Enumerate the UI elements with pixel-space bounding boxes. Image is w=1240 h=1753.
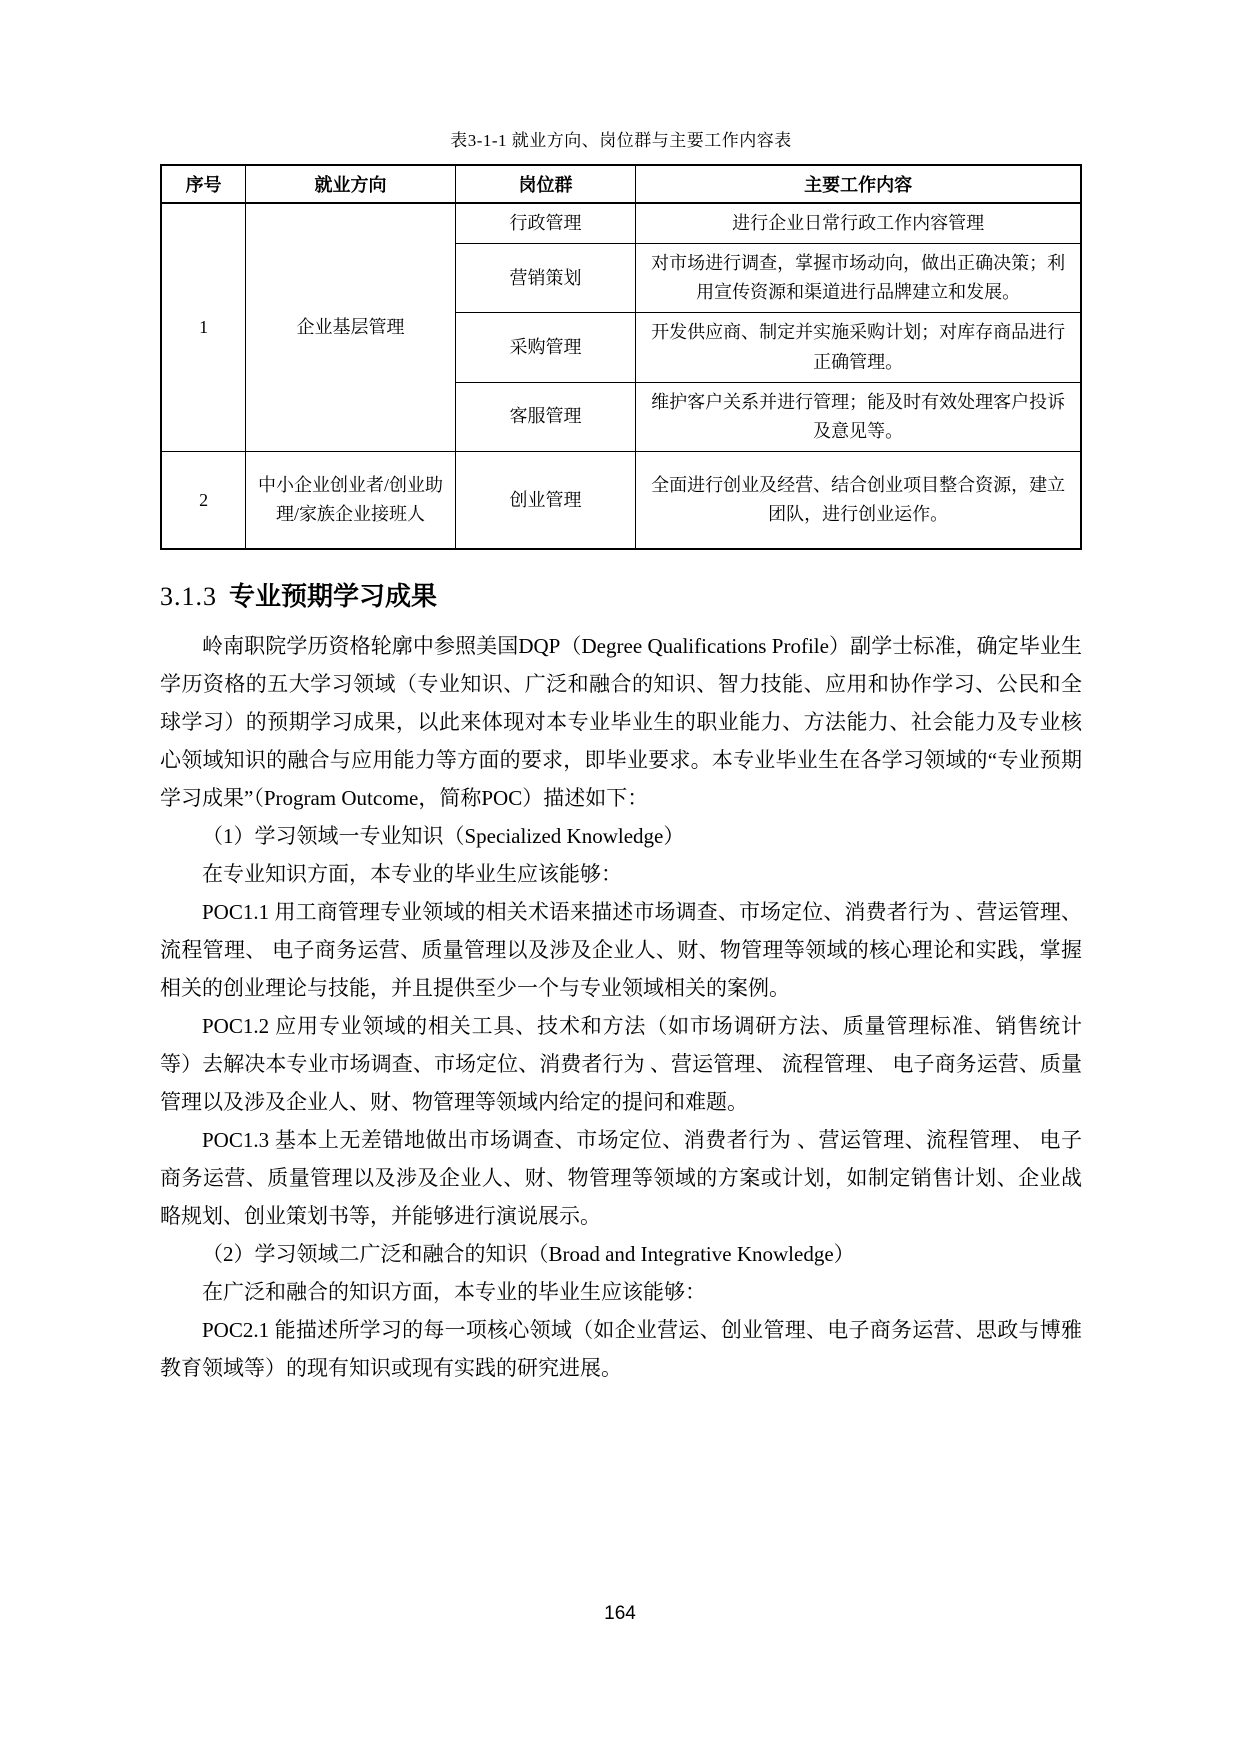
- cell-post: 采购管理: [455, 313, 635, 382]
- paragraph-intro: 岭南职院学历资格轮廓中参照美国DQP（Degree Qualifications…: [160, 627, 1082, 817]
- cell-post: 营销策划: [455, 244, 635, 313]
- cell-content: 开发供应商、制定并实施采购计划；对库存商品进行正确管理。: [636, 313, 1081, 382]
- document-page: 表3-1-1 就业方向、岗位群与主要工作内容表 序号 就业方向 岗位群 主要工作…: [0, 0, 1240, 1753]
- col-header-post-group: 岗位群: [455, 165, 635, 203]
- cell-index-1: 1: [161, 203, 246, 452]
- cell-post: 行政管理: [455, 203, 635, 244]
- section-title: 专业预期学习成果: [229, 581, 437, 611]
- col-header-index: 序号: [161, 165, 246, 203]
- paragraph-domain2-heading: （2）学习领域二广泛和融合的知识（Broad and Integrative K…: [160, 1235, 1082, 1273]
- paragraph-poc1-1: POC1.1 用工商管理专业领域的相关术语来描述市场调查、市场定位、消费者行为 …: [160, 893, 1082, 1007]
- employment-table: 序号 就业方向 岗位群 主要工作内容 1 企业基层管理 行政管理 进行企业日常行…: [160, 164, 1082, 550]
- cell-direction-1: 企业基层管理: [246, 203, 456, 452]
- paragraph-domain1-heading: （1）学习领域一专业知识（Specialized Knowledge）: [160, 817, 1082, 855]
- paragraph-poc1-2: POC1.2 应用专业领域的相关工具、技术和方法（如市场调研方法、质量管理标准、…: [160, 1007, 1082, 1121]
- col-header-direction: 就业方向: [246, 165, 456, 203]
- col-header-work-content: 主要工作内容: [636, 165, 1081, 203]
- table-row: 1 企业基层管理 行政管理 进行企业日常行政工作内容管理: [161, 203, 1081, 244]
- cell-direction-2: 中小企业创业者/创业助理/家族企业接班人: [246, 452, 456, 550]
- cell-post: 客服管理: [455, 382, 635, 451]
- cell-content: 对市场进行调查，掌握市场动向，做出正确决策；利用宣传资源和渠道进行品牌建立和发展…: [636, 244, 1081, 313]
- paragraph-poc2-1: POC2.1 能描述所学习的每一项核心领域（如企业营运、创业管理、电子商务运营、…: [160, 1311, 1082, 1387]
- paragraph-domain1-lead: 在专业知识方面，本专业的毕业生应该能够：: [160, 855, 1082, 893]
- page-number: 164: [0, 1603, 1240, 1625]
- paragraph-domain2-lead: 在广泛和融合的知识方面，本专业的毕业生应该能够：: [160, 1273, 1082, 1311]
- cell-index-2: 2: [161, 452, 246, 550]
- cell-content: 进行企业日常行政工作内容管理: [636, 203, 1081, 244]
- table-caption: 表3-1-1 就业方向、岗位群与主要工作内容表: [160, 126, 1082, 151]
- section-number: 3.1.3: [160, 582, 217, 611]
- paragraph-poc1-3: POC1.3 基本上无差错地做出市场调查、市场定位、消费者行为 、营运管理、流程…: [160, 1121, 1082, 1235]
- cell-content: 维护客户关系并进行管理；能及时有效处理客户投诉及意见等。: [636, 382, 1081, 451]
- cell-content: 全面进行创业及经营、结合创业项目整合资源，建立团队，进行创业运作。: [636, 452, 1081, 550]
- cell-post: 创业管理: [455, 452, 635, 550]
- section-heading: 3.1.3专业预期学习成果: [160, 576, 1082, 613]
- table-header-row: 序号 就业方向 岗位群 主要工作内容: [161, 165, 1081, 203]
- table-row: 2 中小企业创业者/创业助理/家族企业接班人 创业管理 全面进行创业及经营、结合…: [161, 452, 1081, 550]
